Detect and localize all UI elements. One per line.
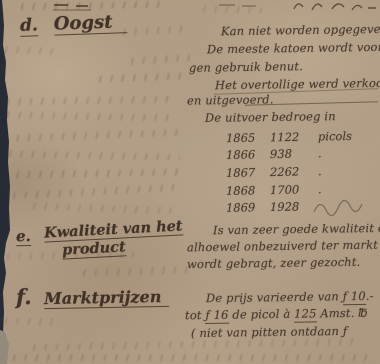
price-to: ƒ 16: [205, 308, 228, 324]
section-heading-d: d.Oogst: [20, 11, 127, 36]
ditto-mark: .: [318, 165, 322, 178]
table-row: 1866938.: [226, 147, 322, 162]
amount-value: 2262: [270, 165, 318, 179]
section-letter-d: d.: [20, 15, 39, 37]
market-price-line-3: ( niet van pitten ontdaan ƒ: [191, 325, 347, 340]
price-text: de picol à: [228, 307, 294, 322]
year-value: 1869: [226, 201, 270, 215]
manuscript-page: d.Oogst Kan niet worden opgegeven. De me…: [0, 0, 380, 364]
amount-value: 1122: [270, 130, 318, 144]
year-value: 1867: [226, 166, 270, 180]
section-letter-e: e.: [16, 227, 31, 246]
bleedthrough-mark: [120, 25, 190, 36]
bleedthrough-mark: [30, 202, 180, 214]
bleedthrough-mark: [96, 72, 188, 82]
weight-value: 125: [294, 306, 317, 322]
answer-d-line: Kan niet worden opgegeven.: [221, 23, 380, 38]
year-value: 1866: [226, 148, 270, 162]
ditto-mark: .: [318, 147, 322, 160]
section-letter-e-wrap: e.: [16, 226, 47, 246]
bleedthrough-mark: [200, 5, 262, 13]
section-heading-e-line2: product: [62, 236, 127, 258]
price-from: ƒ 10: [343, 289, 366, 305]
bleedthrough-mark: [2, 129, 180, 142]
cut-off-line-remnant: [292, 0, 378, 11]
bleedthrough-mark: [80, 266, 188, 277]
bleedthrough-mark: [2, 168, 182, 178]
bleedthrough-mark: [4, 96, 172, 106]
section-title-oogst: Oogst: [53, 11, 126, 36]
torn-page-edge: [0, 0, 12, 364]
table-row: 18651122picols: [226, 130, 352, 145]
bleedthrough-mark: [2, 317, 62, 325]
price-text: .-: [366, 289, 374, 303]
section-title-marktprijzen: Marktprijzen: [44, 287, 170, 309]
section-heading-f: Marktprijzen: [44, 287, 170, 308]
bleedthrough-mark: [128, 54, 190, 65]
answer-e-line: alhoewel onbezuiverd ter markt: [187, 239, 378, 255]
table-row: 18681700.: [226, 183, 322, 198]
market-price-line-1: De prijs varieerde van ƒ 10.-: [206, 290, 374, 305]
bleedthrough-mark: [10, 354, 370, 361]
bleedthrough-mark: [10, 184, 182, 200]
price-text: Amst. ℔: [316, 306, 368, 321]
bleedthrough-mark: [18, 1, 168, 11]
answer-d-line: De meeste katoen wordt voor ei: [207, 41, 380, 57]
ink-flourish: [312, 198, 374, 220]
bleedthrough-mark: [2, 46, 57, 55]
ditto-mark: .: [318, 183, 322, 196]
section-title-product: product: [62, 238, 127, 259]
unit-label: picols: [318, 130, 352, 144]
answer-e-line: Is van zeer goede kwaliteit en: [213, 222, 380, 238]
year-value: 1865: [226, 131, 270, 145]
bleedthrough-mark: [6, 150, 180, 160]
price-text: tot: [185, 308, 206, 322]
answer-d-table-intro: De uitvoer bedroeg in: [205, 110, 336, 125]
amount-value: 1928: [270, 200, 318, 214]
answer-e-line: wordt gebragt, zeer gezocht.: [187, 256, 361, 271]
amount-value: 1700: [270, 183, 318, 197]
price-text: De prijs varieerde van: [206, 289, 343, 305]
table-row: 18691928: [226, 200, 318, 215]
market-price-line-2: tot ƒ 16 de picol à 125 Amst. ℔: [185, 307, 368, 323]
table-row: 18672262.: [226, 165, 322, 180]
answer-d-line: gen gebruik benut.: [189, 60, 303, 75]
amount-value: 938: [270, 147, 318, 161]
year-value: 1868: [226, 184, 270, 198]
bleedthrough-mark: [4, 112, 174, 122]
section-letter-f: f.: [16, 284, 32, 309]
